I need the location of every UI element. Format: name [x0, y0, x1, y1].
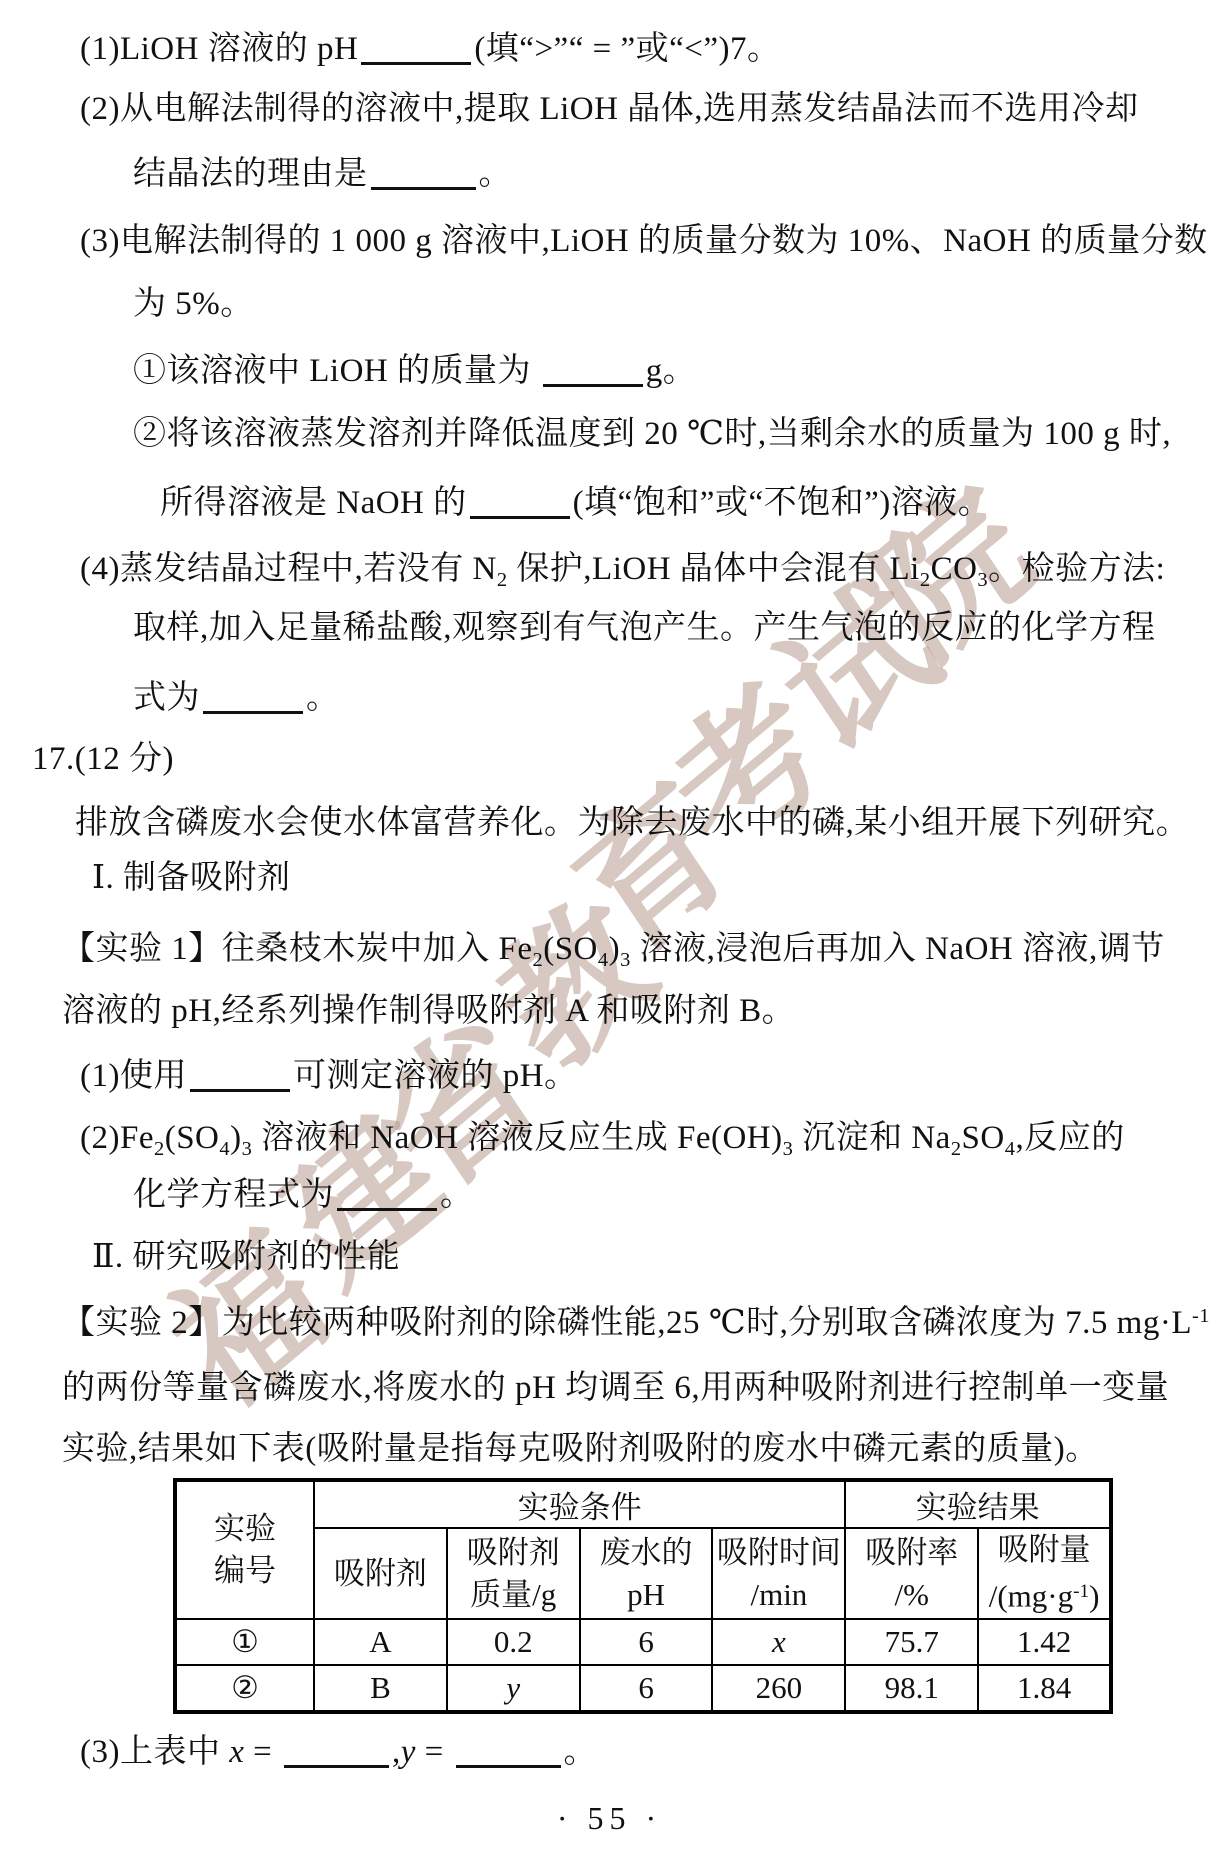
- answer-blank: [190, 1059, 290, 1092]
- table-cell: 75.7: [845, 1619, 978, 1665]
- table-cell: 98.1: [845, 1665, 978, 1712]
- table-row: ①A0.26x75.71.42: [175, 1619, 1111, 1665]
- table-header-cell: 吸附量/(mg·g-1): [978, 1528, 1111, 1619]
- table-cell: B: [314, 1665, 447, 1712]
- text-line-q16-item3-sub2: ②将该溶液蒸发溶剂并降低温度到 20 ℃时,当剩余水的质量为 100 g 时,: [133, 412, 1171, 456]
- text-line-q17-item2-cont: 化学方程式为。: [133, 1173, 474, 1217]
- subscript: 3: [783, 1138, 794, 1160]
- text-line-q16-item2-cont: 结晶法的理由是。: [133, 152, 512, 196]
- table-header-cell: 废水的pH: [580, 1528, 713, 1619]
- table-group-header-row: 实验编号实验条件实验结果: [175, 1480, 1111, 1528]
- answer-blank: [456, 1735, 561, 1768]
- subscript: 3: [977, 569, 988, 591]
- subscript: 2: [920, 569, 931, 591]
- document-page: 福建省教育考试院 (1)LiOH 溶液的 pH(填“>”“ = ”或“<”)7。…: [0, 0, 1219, 1859]
- answer-blank: [337, 1178, 437, 1211]
- text-line-q16-item3-sub2-cont: 所得溶液是 NaOH 的(填“饱和”或“不饱和”)溶液。: [160, 481, 991, 525]
- subscript: 4: [1005, 1138, 1016, 1160]
- answer-blank: [543, 354, 643, 387]
- superscript: -1: [1073, 1581, 1089, 1602]
- subscript: 2: [154, 1138, 165, 1160]
- text-line-q17-exp1-line2: 溶液的 pH,经系列操作制得吸附剂 A 和吸附剂 B。: [62, 989, 795, 1033]
- subscript: 2: [533, 949, 544, 971]
- answer-blank: [371, 157, 476, 190]
- text-line-q17-exp2-line3: 实验,结果如下表(吸附量是指每克吸附剂吸附的废水中磷元素的质量)。: [62, 1427, 1099, 1471]
- text-line-q17-part1-title: Ⅰ. 制备吸附剂: [92, 856, 291, 900]
- experiment-table: 实验编号实验条件实验结果吸附剂吸附剂质量/g废水的pH吸附时间/min吸附率/%…: [173, 1478, 1113, 1714]
- table-header-cell: 吸附剂: [314, 1528, 447, 1619]
- text-line-q16-item3: (3)电解法制得的 1 000 g 溶液中,LiOH 的质量分数为 10%、Na…: [80, 219, 1208, 263]
- text-line-q17-intro: 排放含磷废水会使水体富营养化。为除去废水中的磷,某小组开展下列研究。: [75, 801, 1189, 845]
- subscript: 3: [620, 949, 631, 971]
- page-number: · 55 ·: [0, 1800, 1219, 1837]
- subscript: 4: [598, 949, 609, 971]
- text-line-q17-item1: (1)使用可测定溶液的 pH。: [80, 1054, 578, 1098]
- text-line-q17-exp2-line1: 【实验 2】为比较两种吸附剂的除磷性能,25 ℃时,分别取含磷浓度为 7.5 m…: [62, 1301, 1210, 1345]
- italic-variable: y: [506, 1670, 520, 1705]
- table-cell: x: [712, 1619, 845, 1665]
- table-cell: 1.42: [978, 1619, 1111, 1665]
- text-line-q16-item4: (4)蒸发结晶过程中,若没有 N2 保护,LiOH 晶体中会混有 Li2CO3。…: [80, 547, 1165, 591]
- text-line-q17-number: 17.(12 分): [32, 737, 174, 781]
- answer-blank: [203, 681, 303, 714]
- table-group-header: 实验结果: [845, 1480, 1111, 1528]
- table-cell: 260: [712, 1665, 845, 1712]
- table-header-cell: 吸附剂质量/g: [447, 1528, 580, 1619]
- table-row-id: ①: [175, 1619, 314, 1665]
- subscript: 2: [497, 569, 508, 591]
- table-column-header-row: 吸附剂吸附剂质量/g废水的pH吸附时间/min吸附率/%吸附量/(mg·g-1): [175, 1528, 1111, 1619]
- answer-blank: [284, 1735, 389, 1768]
- text-line-q16-item2: (2)从电解法制得的溶液中,提取 LiOH 晶体,选用蒸发结晶法而不选用冷却: [80, 87, 1138, 131]
- answer-blank: [470, 486, 570, 519]
- text-line-q16-item3-sub1: ①该溶液中 LiOH 的质量为 g。: [133, 349, 696, 393]
- table-header-cell: 吸附率/%: [845, 1528, 978, 1619]
- table-cell: y: [447, 1665, 580, 1712]
- table-cell: 6: [580, 1619, 713, 1665]
- text-line-q17-item2: (2)Fe2(SO4)3 溶液和 NaOH 溶液反应生成 Fe(OH)3 沉淀和…: [80, 1116, 1125, 1160]
- answer-blank: [361, 32, 471, 65]
- text-line-q16-item4-cont2: 式为。: [133, 676, 340, 720]
- text-line-q17-exp1-line1: 【实验 1】往桑枝木炭中加入 Fe2(SO4)3 溶液,浸泡后再加入 NaOH …: [62, 927, 1165, 971]
- table-row: ②By626098.11.84: [175, 1665, 1111, 1712]
- subscript: 3: [242, 1138, 253, 1160]
- table-group-header: 实验条件: [314, 1480, 845, 1528]
- subscript: 4: [219, 1138, 230, 1160]
- text-line-q17-item3: (3)上表中 x = ,y = 。: [80, 1730, 597, 1774]
- table-cell: 1.84: [978, 1665, 1111, 1712]
- table-cell: A: [314, 1619, 447, 1665]
- table-row-id: ②: [175, 1665, 314, 1712]
- text-line-q16-item1: (1)LiOH 溶液的 pH(填“>”“ = ”或“<”)7。: [80, 27, 781, 71]
- superscript: -1: [1192, 1305, 1210, 1327]
- italic-variable: x: [229, 1734, 244, 1770]
- text-line-q17-exp2-line2: 的两份等量含磷废水,将废水的 pH 均调至 6,用两种吸附剂进行控制单一变量: [62, 1366, 1169, 1410]
- text-line-q16-item4-cont1: 取样,加入足量稀盐酸,观察到有气泡产生。产生气泡的反应的化学方程: [133, 606, 1156, 650]
- table-cell: 6: [580, 1665, 713, 1712]
- table-cell: 0.2: [447, 1619, 580, 1665]
- text-line-q17-part2-title: Ⅱ. 研究吸附剂的性能: [92, 1235, 400, 1279]
- text-line-q16-item3-cont: 为 5%。: [133, 282, 254, 326]
- italic-variable: y: [401, 1734, 416, 1770]
- italic-variable: x: [772, 1624, 786, 1659]
- table-corner-header: 实验编号: [175, 1480, 314, 1619]
- subscript: 2: [951, 1138, 962, 1160]
- table-header-cell: 吸附时间/min: [712, 1528, 845, 1619]
